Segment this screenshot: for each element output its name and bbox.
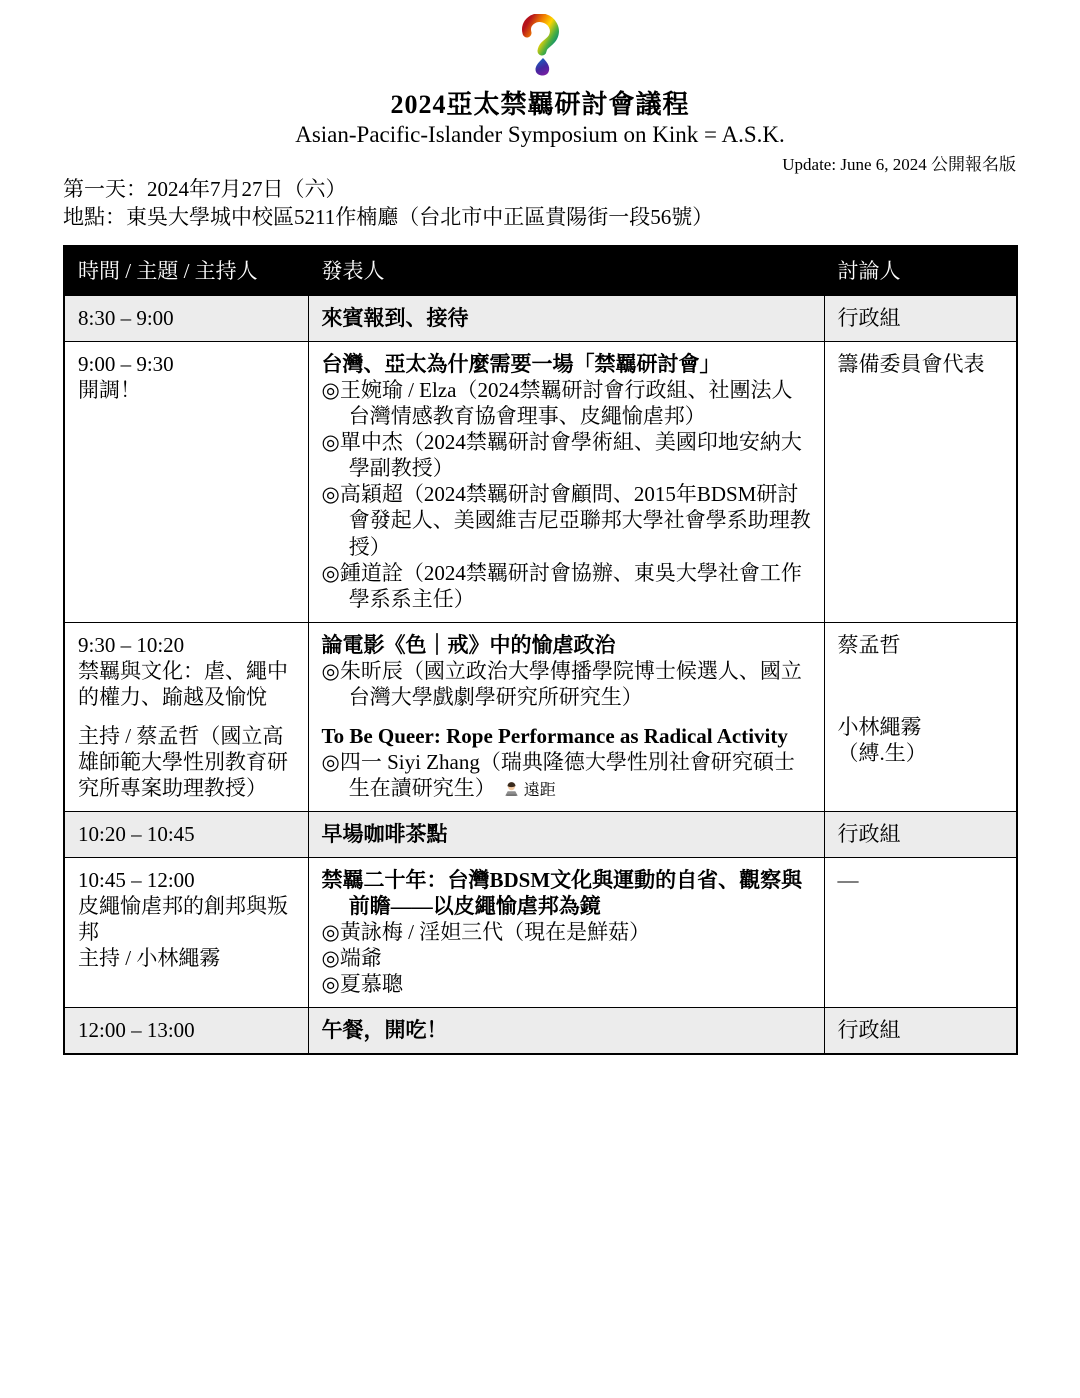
time-range: 10:45 – 12:00 <box>78 867 296 893</box>
discussant-label: 行政組 <box>838 821 1005 847</box>
discussant-label: 籌備委員會代表 <box>838 351 1005 377</box>
discussant-label: 行政組 <box>838 1017 1005 1043</box>
speaker-line: ◎端爺 <box>322 945 812 971</box>
remote-label: 遠距 <box>524 782 556 799</box>
talk-block: To Be Queer: Rope Performance as Radical… <box>322 723 812 801</box>
location-line: 地點：東吳大學城中校區5211作楠廳（台北市中正區貴陽街一段56號） <box>63 205 1016 231</box>
remote-session-tag: 遠距 <box>496 776 556 800</box>
presenters-cell: 台灣、亞太為什麼需要一場「禁羈研討會」 ◎王婉瑜 / Elza（2024禁羈研討… <box>308 342 824 622</box>
discussant-label: 行政組 <box>838 305 1005 331</box>
person-at-laptop-icon <box>502 780 521 799</box>
discussant-entry: 小林繩霧 （縛.生） <box>838 714 1005 766</box>
session-host: 主持 / 小林繩霧 <box>78 945 296 971</box>
discussant-note: （縛.生） <box>838 740 1005 766</box>
table-row-lunch: 12:00 – 13:00 午餐，開吃！ 行政組 <box>64 1007 1017 1054</box>
speaker-text: ◎四一 Siyi Zhang（瑞典隆德大學性別社會研究碩士生在讀研究生） <box>322 750 795 800</box>
time-cell: 8:30 – 9:00 <box>64 296 308 342</box>
discussant-label: — <box>838 867 1005 893</box>
activity-label: 午餐，開吃！ <box>322 1017 812 1043</box>
speaker-line: ◎王婉瑜 / Elza（2024禁羈研討會行政組、社團法人台灣情感教育協會理事、… <box>322 377 812 429</box>
time-cell: 10:20 – 10:45 <box>64 811 308 857</box>
speaker-line: ◎鍾道詮（2024禁羈研討會協辦、東吳大學社會工作學系系主任） <box>322 560 812 612</box>
presenters-cell: 禁羈二十年：台灣BDSM文化與運動的自省、觀察與前瞻——以皮繩愉虐邦為鏡 ◎黃詠… <box>308 857 824 1007</box>
talk-block: 禁羈二十年：台灣BDSM文化與運動的自省、觀察與前瞻——以皮繩愉虐邦為鏡 ◎黃詠… <box>322 867 812 997</box>
col-header-discussants: 討論人 <box>824 246 1017 296</box>
page-title: 2024亞太禁羈研討會議程 <box>0 84 1080 121</box>
discussant-cell: 蔡孟哲 小林繩霧 （縛.生） <box>824 622 1017 811</box>
table-header-row: 時間 / 主題 / 主持人 發表人 討論人 <box>64 246 1017 296</box>
talk-title: To Be Queer: Rope Performance as Radical… <box>322 723 812 749</box>
session-topic: 禁羈與文化：虐、繩中的權力、踰越及愉悅 <box>78 658 296 710</box>
activity-cell: 早場咖啡茶點 <box>308 811 824 857</box>
table-row-registration: 8:30 – 9:00 來賓報到、接待 行政組 <box>64 296 1017 342</box>
time-range: 12:00 – 13:00 <box>78 1017 296 1043</box>
logo-container <box>0 14 1080 80</box>
time-cell: 12:00 – 13:00 <box>64 1007 308 1054</box>
session-topic: 皮繩愉虐邦的創邦與叛邦 <box>78 893 296 945</box>
agenda-page: 2024亞太禁羈研討會議程 Asian-Pacific-Islander Sym… <box>0 0 1080 1398</box>
speaker-line: ◎四一 Siyi Zhang（瑞典隆德大學性別社會研究碩士生在讀研究生）遠距 <box>322 749 812 801</box>
time-cell: 9:30 – 10:20 禁羈與文化：虐、繩中的權力、踰越及愉悅 主持 / 蔡孟… <box>64 622 308 811</box>
discussant-label: 蔡孟哲 <box>838 632 1005 658</box>
time-cell: 9:00 – 9:30 開調！ <box>64 342 308 622</box>
activity-cell: 來賓報到、接待 <box>308 296 824 342</box>
talk-title: 禁羈二十年：台灣BDSM文化與運動的自省、觀察與前瞻——以皮繩愉虐邦為鏡 <box>322 867 812 919</box>
time-range: 9:00 – 9:30 <box>78 351 296 377</box>
discussant-cell: — <box>824 857 1017 1007</box>
discussant-cell: 行政組 <box>824 296 1017 342</box>
page-subtitle: Asian-Pacific-Islander Symposium on Kink… <box>0 122 1080 148</box>
discussant-label: 小林繩霧 <box>838 714 1005 740</box>
presenters-cell: 論電影《色｜戒》中的愉虐政治 ◎朱昕辰（國立政治大學傳播學院博士候選人、國立台灣… <box>308 622 824 811</box>
speaker-line: ◎朱昕辰（國立政治大學傳播學院博士候選人、國立台灣大學戲劇學研究所研究生） <box>322 658 812 710</box>
update-note: Update: June 6, 2024 公開報名版 <box>63 150 1016 175</box>
event-info: 第一天：2024年7月27日（六） 地點：東吳大學城中校區5211作楠廳（台北市… <box>63 177 1016 230</box>
activity-label: 早場咖啡茶點 <box>322 821 812 847</box>
speaker-line: ◎黃詠梅 / 淫妲三代（現在是鮮菇） <box>322 919 812 945</box>
session-topic: 開調！ <box>78 377 296 403</box>
table-row-coffee-break: 10:20 – 10:45 早場咖啡茶點 行政組 <box>64 811 1017 857</box>
speaker-line: ◎單中杰（2024禁羈研討會學術組、美國印地安納大學副教授） <box>322 429 812 481</box>
time-cell: 10:45 – 12:00 皮繩愉虐邦的創邦與叛邦 主持 / 小林繩霧 <box>64 857 308 1007</box>
discussant-cell: 籌備委員會代表 <box>824 342 1017 622</box>
rainbow-question-mark-logo <box>517 14 563 78</box>
discussant-cell: 行政組 <box>824 1007 1017 1054</box>
day-line: 第一天：2024年7月27日（六） <box>63 177 1016 203</box>
table-row-kink-and-culture: 9:30 – 10:20 禁羈與文化：虐、繩中的權力、踰越及愉悅 主持 / 蔡孟… <box>64 622 1017 811</box>
talk-title: 台灣、亞太為什麼需要一場「禁羈研討會」 <box>322 351 812 377</box>
time-range: 8:30 – 9:00 <box>78 305 296 331</box>
session-host: 主持 / 蔡孟哲（國立高雄師範大學性別教育研究所專案助理教授） <box>78 723 296 801</box>
col-header-time-topic-host: 時間 / 主題 / 主持人 <box>64 246 308 296</box>
talk-block: 論電影《色｜戒》中的愉虐政治 ◎朱昕辰（國立政治大學傳播學院博士候選人、國立台灣… <box>322 632 812 710</box>
talk-title: 論電影《色｜戒》中的愉虐政治 <box>322 632 812 658</box>
agenda-table: 時間 / 主題 / 主持人 發表人 討論人 8:30 – 9:00 來賓報到、接… <box>63 245 1018 1055</box>
discussant-cell: 行政組 <box>824 811 1017 857</box>
speaker-line: ◎夏慕聰 <box>322 971 812 997</box>
activity-cell: 午餐，開吃！ <box>308 1007 824 1054</box>
speaker-line: ◎高穎超（2024禁羈研討會顧問、2015年BDSM研討會發起人、美國維吉尼亞聯… <box>322 481 812 559</box>
col-header-presenters: 發表人 <box>308 246 824 296</box>
table-row-opening: 9:00 – 9:30 開調！ 台灣、亞太為什麼需要一場「禁羈研討會」 ◎王婉瑜… <box>64 342 1017 622</box>
talk-block: 台灣、亞太為什麼需要一場「禁羈研討會」 ◎王婉瑜 / Elza（2024禁羈研討… <box>322 351 812 611</box>
time-range: 10:20 – 10:45 <box>78 821 296 847</box>
table-row-bdsm-twenty-years: 10:45 – 12:00 皮繩愉虐邦的創邦與叛邦 主持 / 小林繩霧 禁羈二十… <box>64 857 1017 1007</box>
time-range: 9:30 – 10:20 <box>78 632 296 658</box>
activity-label: 來賓報到、接待 <box>322 305 812 331</box>
